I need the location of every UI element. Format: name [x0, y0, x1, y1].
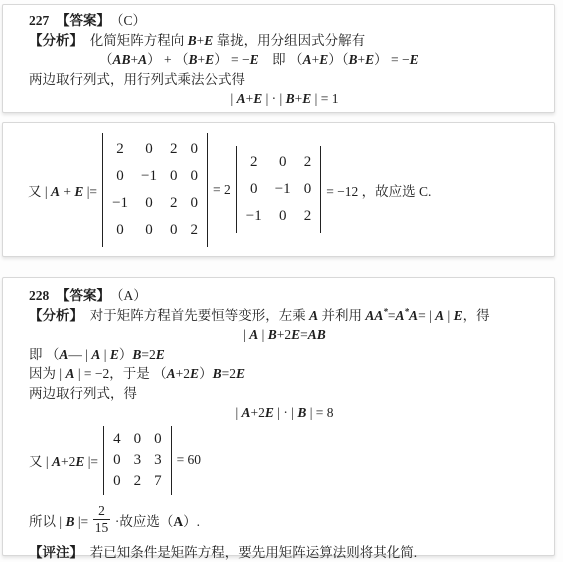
matrix-cell: 2: [246, 149, 262, 176]
text-segment: 228: [29, 288, 49, 303]
text-segment: A: [173, 514, 183, 529]
text-segment: E: [302, 91, 311, 106]
text-segment: =2: [141, 347, 155, 362]
matrix-cell: 2: [191, 217, 199, 244]
text-segment: E: [250, 52, 259, 67]
text-segment: AA: [365, 308, 383, 323]
problem-227-factor-line: （AB+A） + （B+E） = −E 即 （A+E）（B+E） = −E: [29, 50, 540, 70]
matrix-cell: 2: [134, 471, 142, 492]
text-segment: =2: [222, 366, 236, 381]
text-segment: A: [242, 405, 251, 420]
text-segment: 化简矩阵方程向: [76, 33, 187, 48]
matrix-cell: −1: [141, 163, 157, 190]
conclusion-prefix: 所以 | B |=: [29, 510, 88, 530]
conclusion-suffix: ·故应选（A）.: [115, 510, 200, 530]
text-segment: B: [213, 366, 222, 381]
text-segment: [49, 288, 63, 303]
text-segment: ） = −: [374, 52, 409, 67]
text-segment: 靠拢，用分组因式分解有: [213, 33, 365, 48]
text-segment: 227: [29, 13, 49, 28]
matrix-cell: 0: [113, 450, 121, 471]
text-segment: ）: [199, 366, 213, 381]
text-segment: E: [204, 33, 213, 48]
text-segment: （: [99, 52, 113, 67]
matrix-cell: 2: [170, 190, 178, 217]
text-segment: ）: [119, 347, 133, 362]
determinant-calculation-row-228: 又 | A+2E |= 400033027 = 60: [29, 426, 540, 495]
matrix-cell: 2: [304, 203, 312, 230]
text-segment: =: [388, 308, 396, 323]
text-segment: = 2: [213, 182, 231, 197]
text-segment: A: [91, 347, 100, 362]
matrix-cell: 0: [275, 149, 291, 176]
matrix-cell: −1: [275, 176, 291, 203]
text-segment: E: [454, 308, 463, 323]
text-segment: 因为 |: [29, 366, 65, 381]
text-segment: |=: [74, 514, 88, 529]
text-segment: = 60: [177, 452, 202, 467]
matrix-cell: 0: [113, 471, 121, 492]
text-segment: A: [249, 327, 258, 342]
determinant-3x3-228: 400033027: [103, 426, 172, 495]
text-segment: |: [444, 308, 453, 323]
text-segment: E: [156, 347, 165, 362]
text-segment: ·故应选（: [115, 514, 174, 529]
matrix-cell: 0: [112, 217, 128, 244]
calc-prefix-228: 又 | A+2E |=: [29, 450, 98, 470]
text-segment: +2: [176, 366, 190, 381]
matrix-cell: 0: [246, 176, 262, 203]
text-segment: ，得: [463, 308, 490, 323]
text-segment: E: [291, 327, 300, 342]
matrix-3x3: 2020−10−102: [236, 146, 321, 233]
text-segment: B: [132, 347, 141, 362]
matrix-cell: 0: [170, 217, 178, 244]
text-segment: E: [205, 52, 214, 67]
text-segment: 所以 |: [29, 514, 65, 529]
text-segment: A: [51, 184, 60, 199]
matrix-cell: 0: [141, 217, 157, 244]
text-segment: （C）: [103, 13, 146, 28]
matrix-cell: 0: [191, 136, 199, 163]
text-segment: = |: [418, 308, 435, 323]
text-segment: = −12 ，故应选 C.: [326, 184, 431, 199]
text-segment: B: [268, 327, 277, 342]
fraction: 2 15: [93, 503, 110, 536]
text-segment: E: [319, 52, 328, 67]
problem-228-answer-line: 228 【答案】 （A）: [29, 286, 540, 306]
problem-228-card: 228 【答案】 （A） 【分析】 对于矩阵方程首先要恒等变形，左乘 A 并利用…: [2, 277, 555, 556]
determinant-4x4: 20200−100−10200002: [102, 133, 208, 247]
text-segment: A: [237, 91, 246, 106]
determinant-calculation-row: 又 | A + E |= 20200−100−10200002 = 2 2020…: [28, 133, 431, 247]
text-segment: B: [188, 33, 197, 48]
text-segment: A: [167, 366, 176, 381]
text-segment: 又 |: [29, 454, 52, 469]
fraction-numerator: 2: [93, 503, 110, 520]
text-segment: 即 （: [29, 347, 59, 362]
matrix-cell: 0: [275, 203, 291, 230]
text-segment: +: [60, 184, 74, 199]
text-segment: E: [265, 405, 274, 420]
calc-mid: = 2: [213, 182, 231, 198]
matrix-cell: 0: [191, 163, 199, 190]
text-segment: E: [236, 366, 245, 381]
text-segment: A: [409, 308, 418, 323]
text-segment: A: [309, 308, 318, 323]
text-segment: E: [75, 454, 84, 469]
text-segment: 【答案】: [63, 288, 104, 303]
text-segment: B: [297, 405, 306, 420]
text-segment: AB: [113, 52, 131, 67]
matrix-4x4: 20200−100−10200002: [102, 133, 208, 247]
calc-result-228: = 60: [177, 452, 202, 468]
text-segment: =: [300, 327, 308, 342]
text-segment: 两边取行列式，得: [29, 386, 137, 401]
text-segment: 并利用: [318, 308, 365, 323]
text-segment: | · |: [274, 405, 297, 420]
matrix-cell: −1: [246, 203, 262, 230]
text-segment: 两边取行列式，用行列式乘法公式得: [29, 72, 245, 87]
text-segment: | = −2，于是 （: [74, 366, 166, 381]
text-segment: 若已知条件是矩阵方程，要先用矩阵运算法则将其化简.: [76, 545, 417, 560]
matrix-cell: 7: [154, 471, 162, 492]
problem-228-formula-1: | A | B+2E=AB: [29, 325, 540, 345]
text-segment: A: [396, 308, 405, 323]
matrix-cell: 0: [141, 190, 157, 217]
problem-228-step-3: 两边取行列式，得: [29, 384, 540, 404]
conclusion-row: 所以 | B |= 2 15 ·故应选（A）.: [29, 502, 540, 538]
text-segment: | = 8: [306, 405, 333, 420]
problem-228-formula-2: | A+2E | · | B | = 8: [29, 403, 540, 423]
matrix-cell: 0: [141, 136, 157, 163]
problem-228-remark-line: 【评注】 若已知条件是矩阵方程，要先用矩阵运算法则将其化简.: [29, 543, 540, 562]
text-segment: A: [52, 454, 61, 469]
text-segment: A: [138, 52, 147, 67]
text-segment: 【答案】: [63, 13, 104, 28]
text-segment: +: [357, 52, 365, 67]
text-segment: +2: [61, 454, 75, 469]
text-segment: A: [303, 52, 312, 67]
text-segment: |=: [83, 184, 97, 199]
problem-227-card: 227 【答案】 （C） 【分析】 化简矩阵方程向 B+E 靠拢，用分组因式分解…: [2, 4, 555, 113]
solutions-page: { "colors": {"card_bg": "#ffffff", "card…: [0, 0, 563, 562]
problem-227-analysis-line: 【分析】 化简矩阵方程向 B+E 靠拢，用分组因式分解有: [29, 31, 540, 51]
text-segment: E: [365, 52, 374, 67]
text-segment: 【分析】: [29, 33, 76, 48]
problem-227-product-formula: | A+E | · | B+E | = 1: [29, 89, 540, 109]
text-segment: B: [189, 52, 198, 67]
text-segment: [49, 13, 63, 28]
text-segment: | = 1: [311, 91, 338, 106]
text-segment: +2: [251, 405, 265, 420]
matrix-cell: 2: [170, 136, 178, 163]
matrix-cell: 0: [191, 190, 199, 217]
determinant-3x3: 2020−10−102: [236, 146, 321, 233]
matrix-cell: 2: [304, 149, 312, 176]
text-segment: 【分析】: [29, 308, 76, 323]
text-segment: |: [100, 347, 109, 362]
calc-prefix: 又 | A + E |=: [28, 180, 97, 200]
matrix-3x3-228: 400033027: [103, 426, 172, 495]
matrix-cell: 0: [112, 163, 128, 190]
problem-227-answer-line: 227 【答案】 （C）: [29, 11, 540, 31]
problem-228-step-2: 因为 | A | = −2，于是 （A+2E）B=2E: [29, 364, 540, 384]
text-segment: 【评注】: [29, 545, 76, 560]
text-segment: 即 （: [259, 52, 303, 67]
text-segment: E: [410, 52, 419, 67]
matrix-cell: 0: [304, 176, 312, 203]
text-segment: B: [286, 91, 295, 106]
matrix-cell: 2: [112, 136, 128, 163]
matrix-cell: 4: [113, 429, 121, 450]
text-segment: |: [258, 327, 267, 342]
matrix-cell: 3: [134, 450, 142, 471]
matrix-cell: 3: [154, 450, 162, 471]
text-segment: E: [110, 347, 119, 362]
problem-227-note-line: 两边取行列式，用行列式乘法公式得: [29, 70, 540, 90]
matrix-cell: 0: [134, 429, 142, 450]
text-segment: 对于矩阵方程首先要恒等变形，左乘: [76, 308, 309, 323]
text-segment: ）（: [328, 52, 348, 67]
calc-result: = −12 ，故应选 C.: [326, 180, 431, 200]
text-segment: ） = −: [214, 52, 249, 67]
text-segment: E: [190, 366, 199, 381]
text-segment: 又 |: [28, 184, 51, 199]
text-segment: |=: [84, 454, 98, 469]
text-segment: — |: [68, 347, 91, 362]
matrix-cell: 0: [170, 163, 178, 190]
text-segment: AB: [308, 327, 326, 342]
matrix-cell: 0: [154, 429, 162, 450]
problem-227-calculation-card: 又 | A + E |= 20200−100−10200002 = 2 2020…: [2, 122, 555, 257]
problem-228-analysis-line: 【分析】 对于矩阵方程首先要恒等变形，左乘 A 并利用 AA*=A*A= | A…: [29, 306, 540, 326]
text-segment: ） + （: [147, 52, 188, 67]
text-segment: +2: [277, 327, 291, 342]
problem-228-step-1: 即 （A— | A | E）B=2E: [29, 345, 540, 365]
matrix-cell: −1: [112, 190, 128, 217]
text-segment: （A）: [103, 288, 147, 303]
text-segment: | · |: [262, 91, 285, 106]
text-segment: ）.: [183, 514, 200, 529]
text-segment: E: [74, 184, 83, 199]
text-segment: +: [131, 52, 139, 67]
text-segment: E: [253, 91, 262, 106]
text-segment: A: [435, 308, 444, 323]
fraction-denominator: 15: [95, 520, 109, 536]
